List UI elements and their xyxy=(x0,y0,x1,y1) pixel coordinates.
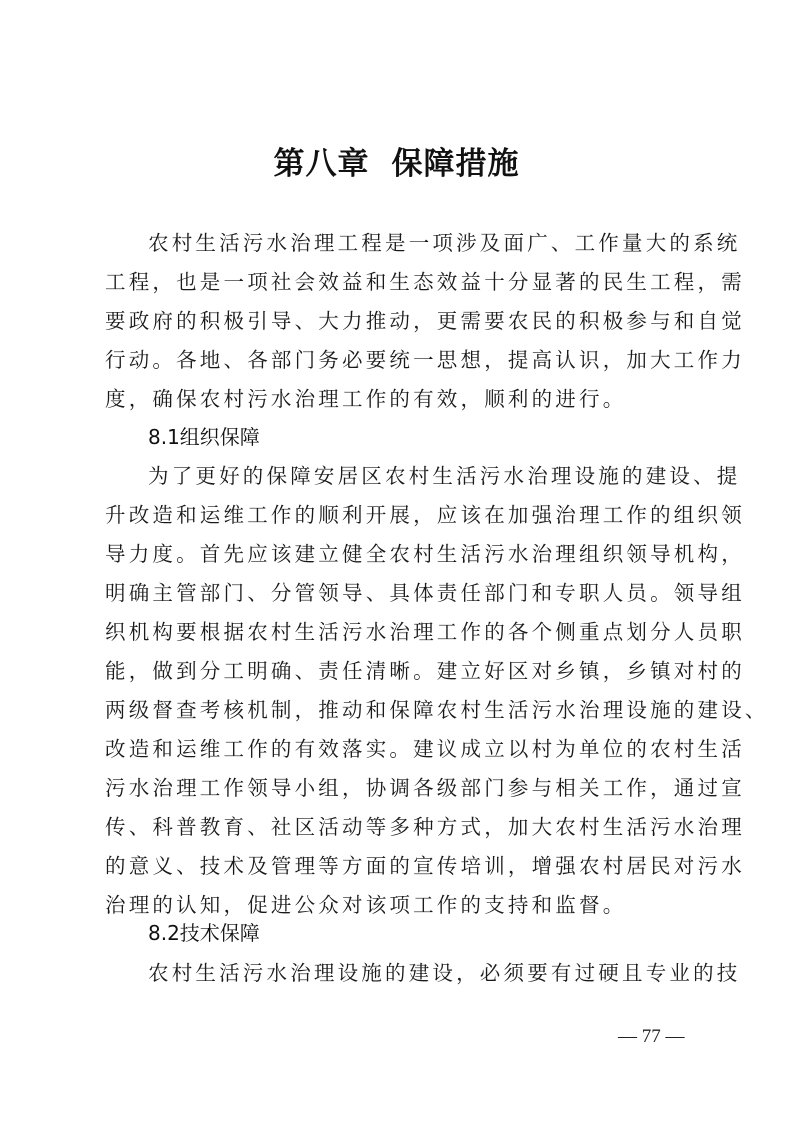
paragraph-line: 两级督查考核机制，推动和保障农村生活污水治理设施的建设、 xyxy=(105,695,695,725)
paragraph-line: 污水治理工作领导小组，协调各级部门参与相关工作，通过宣 xyxy=(105,773,695,803)
paragraph-line: 导力度。首先应该建立健全农村生活污水治理组织领导机构， xyxy=(105,539,695,569)
paragraph-line: 升改造和运维工作的顺利开展，应该在加强治理工作的组织领 xyxy=(105,500,695,530)
paragraph-line: 要政府的积极引导、大力推动，更需要农民的积极参与和自觉 xyxy=(105,306,695,336)
paragraph-line: 传、科普教育、社区活动等多种方式，加大农村生活污水治理 xyxy=(105,812,695,842)
paragraph-line: 改造和运维工作的有效落实。建议成立以村为单位的农村生活 xyxy=(105,734,695,764)
paragraph-line: 行动。各地、各部门务必要统一思想，提高认识，加大工作力 xyxy=(105,345,695,375)
section-heading-8-1: 8.1组织保障 xyxy=(148,422,260,452)
paragraph-line: 农村生活污水治理设施的建设，必须要有过硬且专业的技 xyxy=(148,958,738,988)
paragraph-line: 能，做到分工明确、责任清晰。建立好区对乡镇，乡镇对村的 xyxy=(105,656,695,686)
paragraph-line: 明确主管部门、分管领导、具体责任部门和专职人员。领导组 xyxy=(105,578,695,608)
paragraph-line: 农村生活污水治理工程是一项涉及面广、工作量大的系统 xyxy=(148,228,738,258)
section-heading-8-2: 8.2技术保障 xyxy=(148,918,260,948)
paragraph-line: 度，确保农村污水治理工作的有效，顺利的进行。 xyxy=(105,384,695,414)
page-number: — 77 — xyxy=(618,1026,685,1048)
paragraph-line: 工程，也是一项社会效益和生态效益十分显著的民生工程，需 xyxy=(105,267,695,297)
chapter-name: 保障措施 xyxy=(392,146,520,182)
paragraph-line: 治理的认知，促进公众对该项工作的支持和监督。 xyxy=(105,890,695,920)
paragraph-line: 织机构要根据农村生活污水治理工作的各个侧重点划分人员职 xyxy=(105,617,695,647)
chapter-title: 第八章保障措施 xyxy=(0,138,793,183)
paragraph-line: 为了更好的保障安居区农村生活污水治理设施的建设、提 xyxy=(148,461,738,491)
paragraph-line: 的意义、技术及管理等方面的宣传培训，增强农村居民对污水 xyxy=(105,851,695,881)
chapter-number: 第八章 xyxy=(274,146,370,182)
